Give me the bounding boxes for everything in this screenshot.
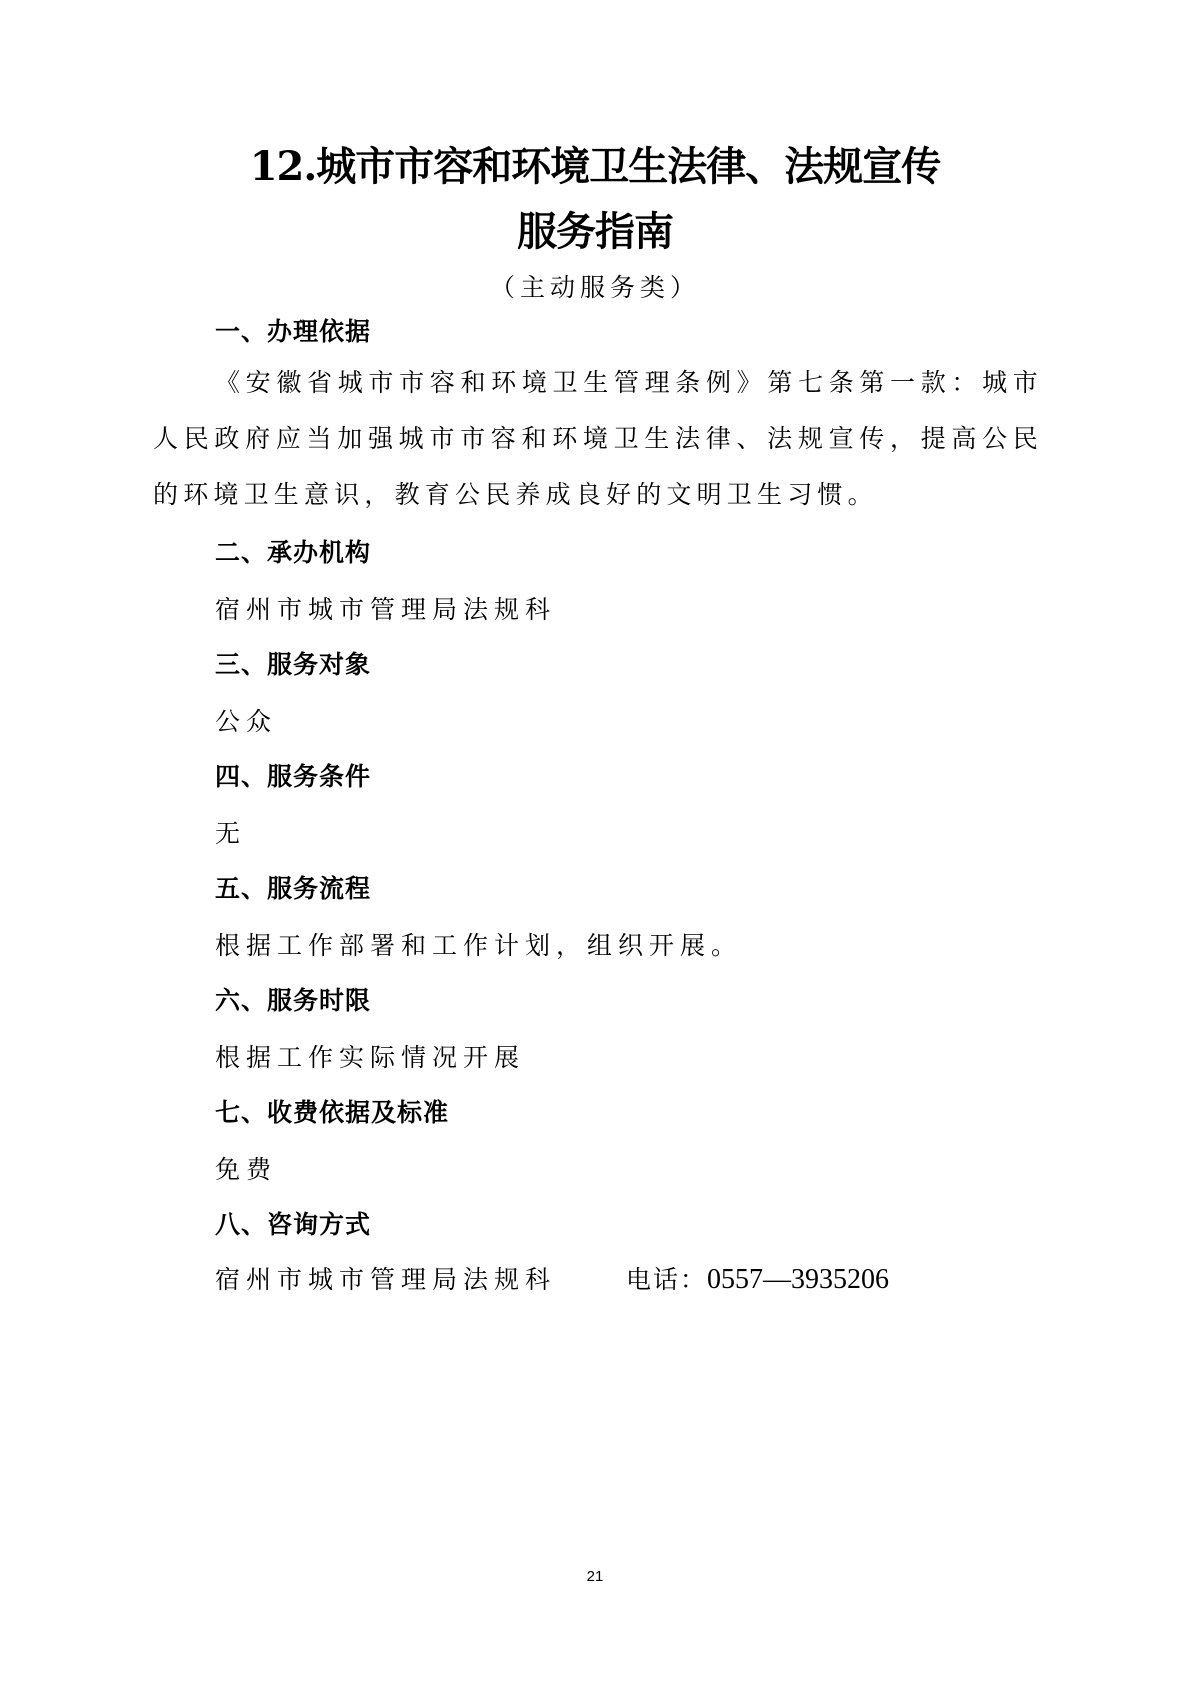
page-subtitle: （主动服务类） [0, 268, 1190, 304]
document-page: 12.城市市容和环境卫生法律、法规宣传 服务指南 （主动服务类） 一、办理依据 … [0, 0, 1190, 1683]
section-heading-basis: 一、办理依据 [215, 312, 371, 348]
page-number: 21 [0, 1568, 1190, 1585]
contact-phone-number: 0557—3935206 [707, 1264, 889, 1295]
section-body-fees: 免费 [215, 1150, 277, 1186]
contact-phone-label: 电话： [626, 1265, 707, 1294]
section-body-contact: 宿州市城市管理局法规科电话：0557—3935206 [215, 1260, 889, 1296]
page-title-line2: 服务指南 [0, 200, 1190, 257]
section-heading-target: 三、服务对象 [215, 645, 371, 681]
section-body-conditions: 无 [215, 814, 246, 850]
section-body-basis: 《安徽省城市市容和环境卫生管理条例》第七条第一款：城市人民政府应当加强城市市容和… [153, 355, 1043, 523]
section-body-target: 公众 [215, 702, 277, 738]
section-heading-contact: 八、咨询方式 [215, 1205, 371, 1241]
section-heading-conditions: 四、服务条件 [215, 757, 371, 793]
section-heading-time-limit: 六、服务时限 [215, 981, 371, 1017]
section-heading-process: 五、服务流程 [215, 869, 371, 905]
section-body-process: 根据工作部署和工作计划，组织开展。 [215, 926, 742, 962]
section-body-time-limit: 根据工作实际情况开展 [215, 1038, 525, 1074]
contact-office: 宿州市城市管理局法规科 [215, 1265, 556, 1294]
section-heading-agency: 二、承办机构 [215, 533, 371, 569]
section-body-agency: 宿州市城市管理局法规科 [215, 590, 556, 626]
section-heading-fees: 七、收费依据及标准 [215, 1093, 449, 1129]
page-title-line1: 12.城市市容和环境卫生法律、法规宣传 [0, 135, 1190, 192]
